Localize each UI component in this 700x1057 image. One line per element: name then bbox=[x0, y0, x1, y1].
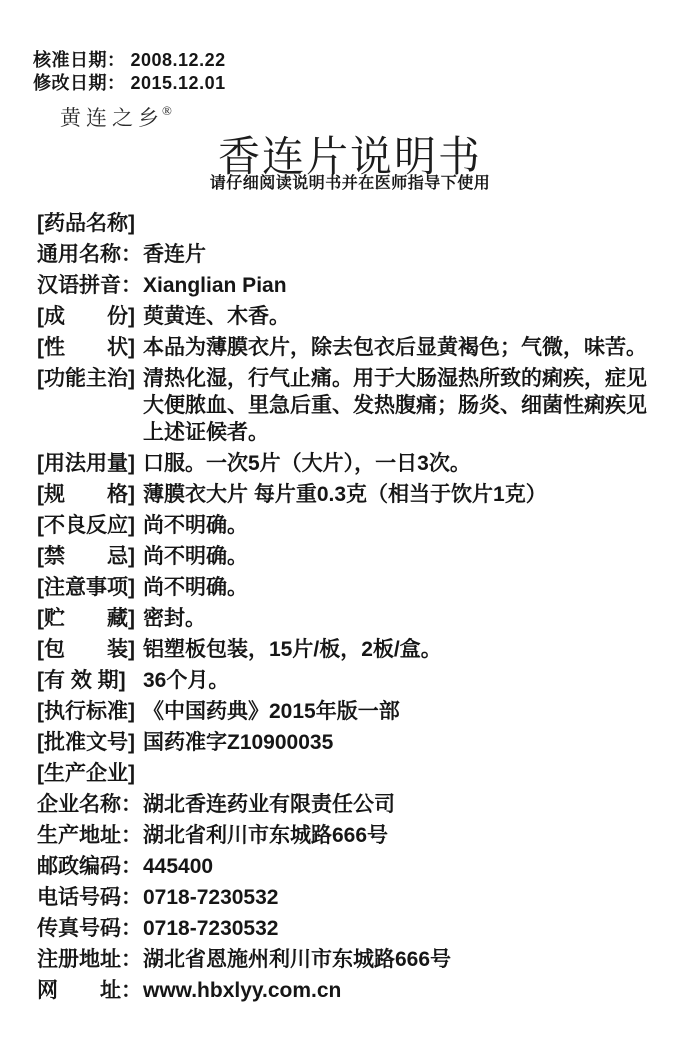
entry-label: [不良反应] bbox=[37, 512, 143, 539]
entry-text: 尚不明确。 bbox=[143, 543, 669, 570]
entry-registered-address: 注册地址： 湖北省恩施州利川市东城路666号 bbox=[37, 946, 669, 973]
entry-label: 通用名称： bbox=[37, 241, 143, 268]
entry-label: 注册地址： bbox=[37, 946, 143, 973]
registered-trademark-icon: ® bbox=[162, 103, 172, 118]
entry-label: [批准文号] bbox=[37, 729, 143, 756]
entry-label: [用法用量] bbox=[37, 450, 143, 477]
entry-fax-number: 传真号码： 0718-7230532 bbox=[37, 915, 669, 942]
entry-approval-number: [批准文号] 国药准字Z10900035 bbox=[37, 729, 669, 756]
entry-dosage: [用法用量] 口服。一次5片（大片），一日3次。 bbox=[37, 450, 669, 477]
entry-label: [禁 忌] bbox=[37, 543, 143, 570]
entry-label: 汉语拼音： bbox=[37, 272, 143, 299]
approval-date-row: 核准日期：2008.12.22 bbox=[33, 49, 226, 72]
entry-text: 清热化湿，行气止痛。用于大肠湿热所致的痢疾，症见 大便脓血、里急后重、发热腹痛；… bbox=[143, 365, 669, 446]
entry-label: [生产企业] bbox=[37, 760, 143, 787]
entry-website: 网 址： www.hbxlyy.com.cn bbox=[37, 977, 669, 1004]
entry-text: 湖北省利川市东城路666号 bbox=[143, 822, 669, 849]
entry-text: 本品为薄膜衣片，除去包衣后显黄褐色；气微，味苦。 bbox=[143, 334, 669, 361]
entry-precautions: [注意事项] 尚不明确。 bbox=[37, 574, 669, 601]
entry-label: [有 效 期] bbox=[37, 667, 143, 694]
entry-label: 企业名称： bbox=[37, 791, 143, 818]
entry-postal-code: 邮政编码： 445400 bbox=[37, 853, 669, 880]
entry-label: [性 状] bbox=[37, 334, 143, 361]
entry-label: [执行标准] bbox=[37, 698, 143, 725]
revision-date-value: 2015.12.01 bbox=[131, 72, 226, 95]
entry-company-name: 企业名称： 湖北香连药业有限责任公司 bbox=[37, 791, 669, 818]
entry-text: 香连片 bbox=[143, 241, 669, 268]
entry-storage: [贮 藏] 密封。 bbox=[37, 605, 669, 632]
entry-production-address: 生产地址： 湖北省利川市东城路666号 bbox=[37, 822, 669, 849]
entry-text: 尚不明确。 bbox=[143, 512, 669, 539]
entry-ingredients: [成 份] 萸黄连、木香。 bbox=[37, 303, 669, 330]
entry-description: [性 状] 本品为薄膜衣片，除去包衣后显黄褐色；气微，味苦。 bbox=[37, 334, 669, 361]
entry-label: [药品名称] bbox=[37, 210, 143, 237]
leaflet-body: [药品名称] 通用名称： 香连片 汉语拼音： Xianglian Pian [成… bbox=[37, 210, 669, 1008]
entry-label: [功能主治] bbox=[37, 365, 143, 392]
entry-phone-number: 电话号码： 0718-7230532 bbox=[37, 884, 669, 911]
leaflet-page: 核准日期：2008.12.22 修改日期：2015.12.01 黄连之乡® 香连… bbox=[0, 0, 700, 1057]
entry-text: 湖北香连药业有限责任公司 bbox=[143, 791, 669, 818]
entry-text: 口服。一次5片（大片），一日3次。 bbox=[143, 450, 669, 477]
approval-date-label: 核准日期： bbox=[33, 49, 126, 72]
entry-text: 密封。 bbox=[143, 605, 669, 632]
revision-date-row: 修改日期：2015.12.01 bbox=[33, 72, 226, 95]
entry-label: 生产地址： bbox=[37, 822, 143, 849]
entry-label: 网 址： bbox=[37, 977, 143, 1004]
entry-label: 邮政编码： bbox=[37, 853, 143, 880]
entry-text: 0718-7230532 bbox=[143, 884, 669, 911]
entry-specification: [规 格] 薄膜衣大片 每片重0.3克（相当于饮片1克） bbox=[37, 481, 669, 508]
entry-text: 445400 bbox=[143, 853, 669, 880]
entry-generic-name: 通用名称： 香连片 bbox=[37, 241, 669, 268]
entry-text: Xianglian Pian bbox=[143, 272, 669, 299]
entry-standard: [执行标准] 《中国药典》2015年版一部 bbox=[37, 698, 669, 725]
leaflet-subtitle: 请仔细阅读说明书并在医师指导下使用 bbox=[0, 170, 700, 193]
entry-label: 传真号码： bbox=[37, 915, 143, 942]
entry-adverse-reactions: [不良反应] 尚不明确。 bbox=[37, 512, 669, 539]
entry-text: 铝塑板包装，15片/板，2板/盒。 bbox=[143, 636, 669, 663]
entry-text: 《中国药典》2015年版一部 bbox=[143, 698, 669, 725]
entry-packaging: [包 装] 铝塑板包装，15片/板，2板/盒。 bbox=[37, 636, 669, 663]
entry-label: [包 装] bbox=[37, 636, 143, 663]
entry-indications: [功能主治] 清热化湿，行气止痛。用于大肠湿热所致的痢疾，症见 大便脓血、里急后… bbox=[37, 365, 669, 446]
revision-date-label: 修改日期： bbox=[33, 72, 126, 95]
dates-block: 核准日期：2008.12.22 修改日期：2015.12.01 bbox=[33, 49, 226, 95]
approval-date-value: 2008.12.22 bbox=[131, 49, 226, 72]
entry-text: 国药准字Z10900035 bbox=[143, 729, 669, 756]
entry-text: 湖北省恩施州利川市东城路666号 bbox=[143, 946, 669, 973]
entry-text: 萸黄连、木香。 bbox=[143, 303, 669, 330]
entry-text: 薄膜衣大片 每片重0.3克（相当于饮片1克） bbox=[143, 481, 669, 508]
entry-contraindications: [禁 忌] 尚不明确。 bbox=[37, 543, 669, 570]
entry-shelf-life: [有 效 期] 36个月。 bbox=[37, 667, 669, 694]
entry-label: [注意事项] bbox=[37, 574, 143, 601]
entry-text: 36个月。 bbox=[143, 667, 669, 694]
entry-label: [成 份] bbox=[37, 303, 143, 330]
entry-text: 0718-7230532 bbox=[143, 915, 669, 942]
entry-label: 电话号码： bbox=[37, 884, 143, 911]
entry-label: [规 格] bbox=[37, 481, 143, 508]
entry-drug-name-section: [药品名称] bbox=[37, 210, 669, 237]
entry-text: www.hbxlyy.com.cn bbox=[143, 977, 669, 1004]
entry-pinyin: 汉语拼音： Xianglian Pian bbox=[37, 272, 669, 299]
entry-label: [贮 藏] bbox=[37, 605, 143, 632]
entry-text: 尚不明确。 bbox=[143, 574, 669, 601]
entry-manufacturer-section: [生产企业] bbox=[37, 760, 669, 787]
